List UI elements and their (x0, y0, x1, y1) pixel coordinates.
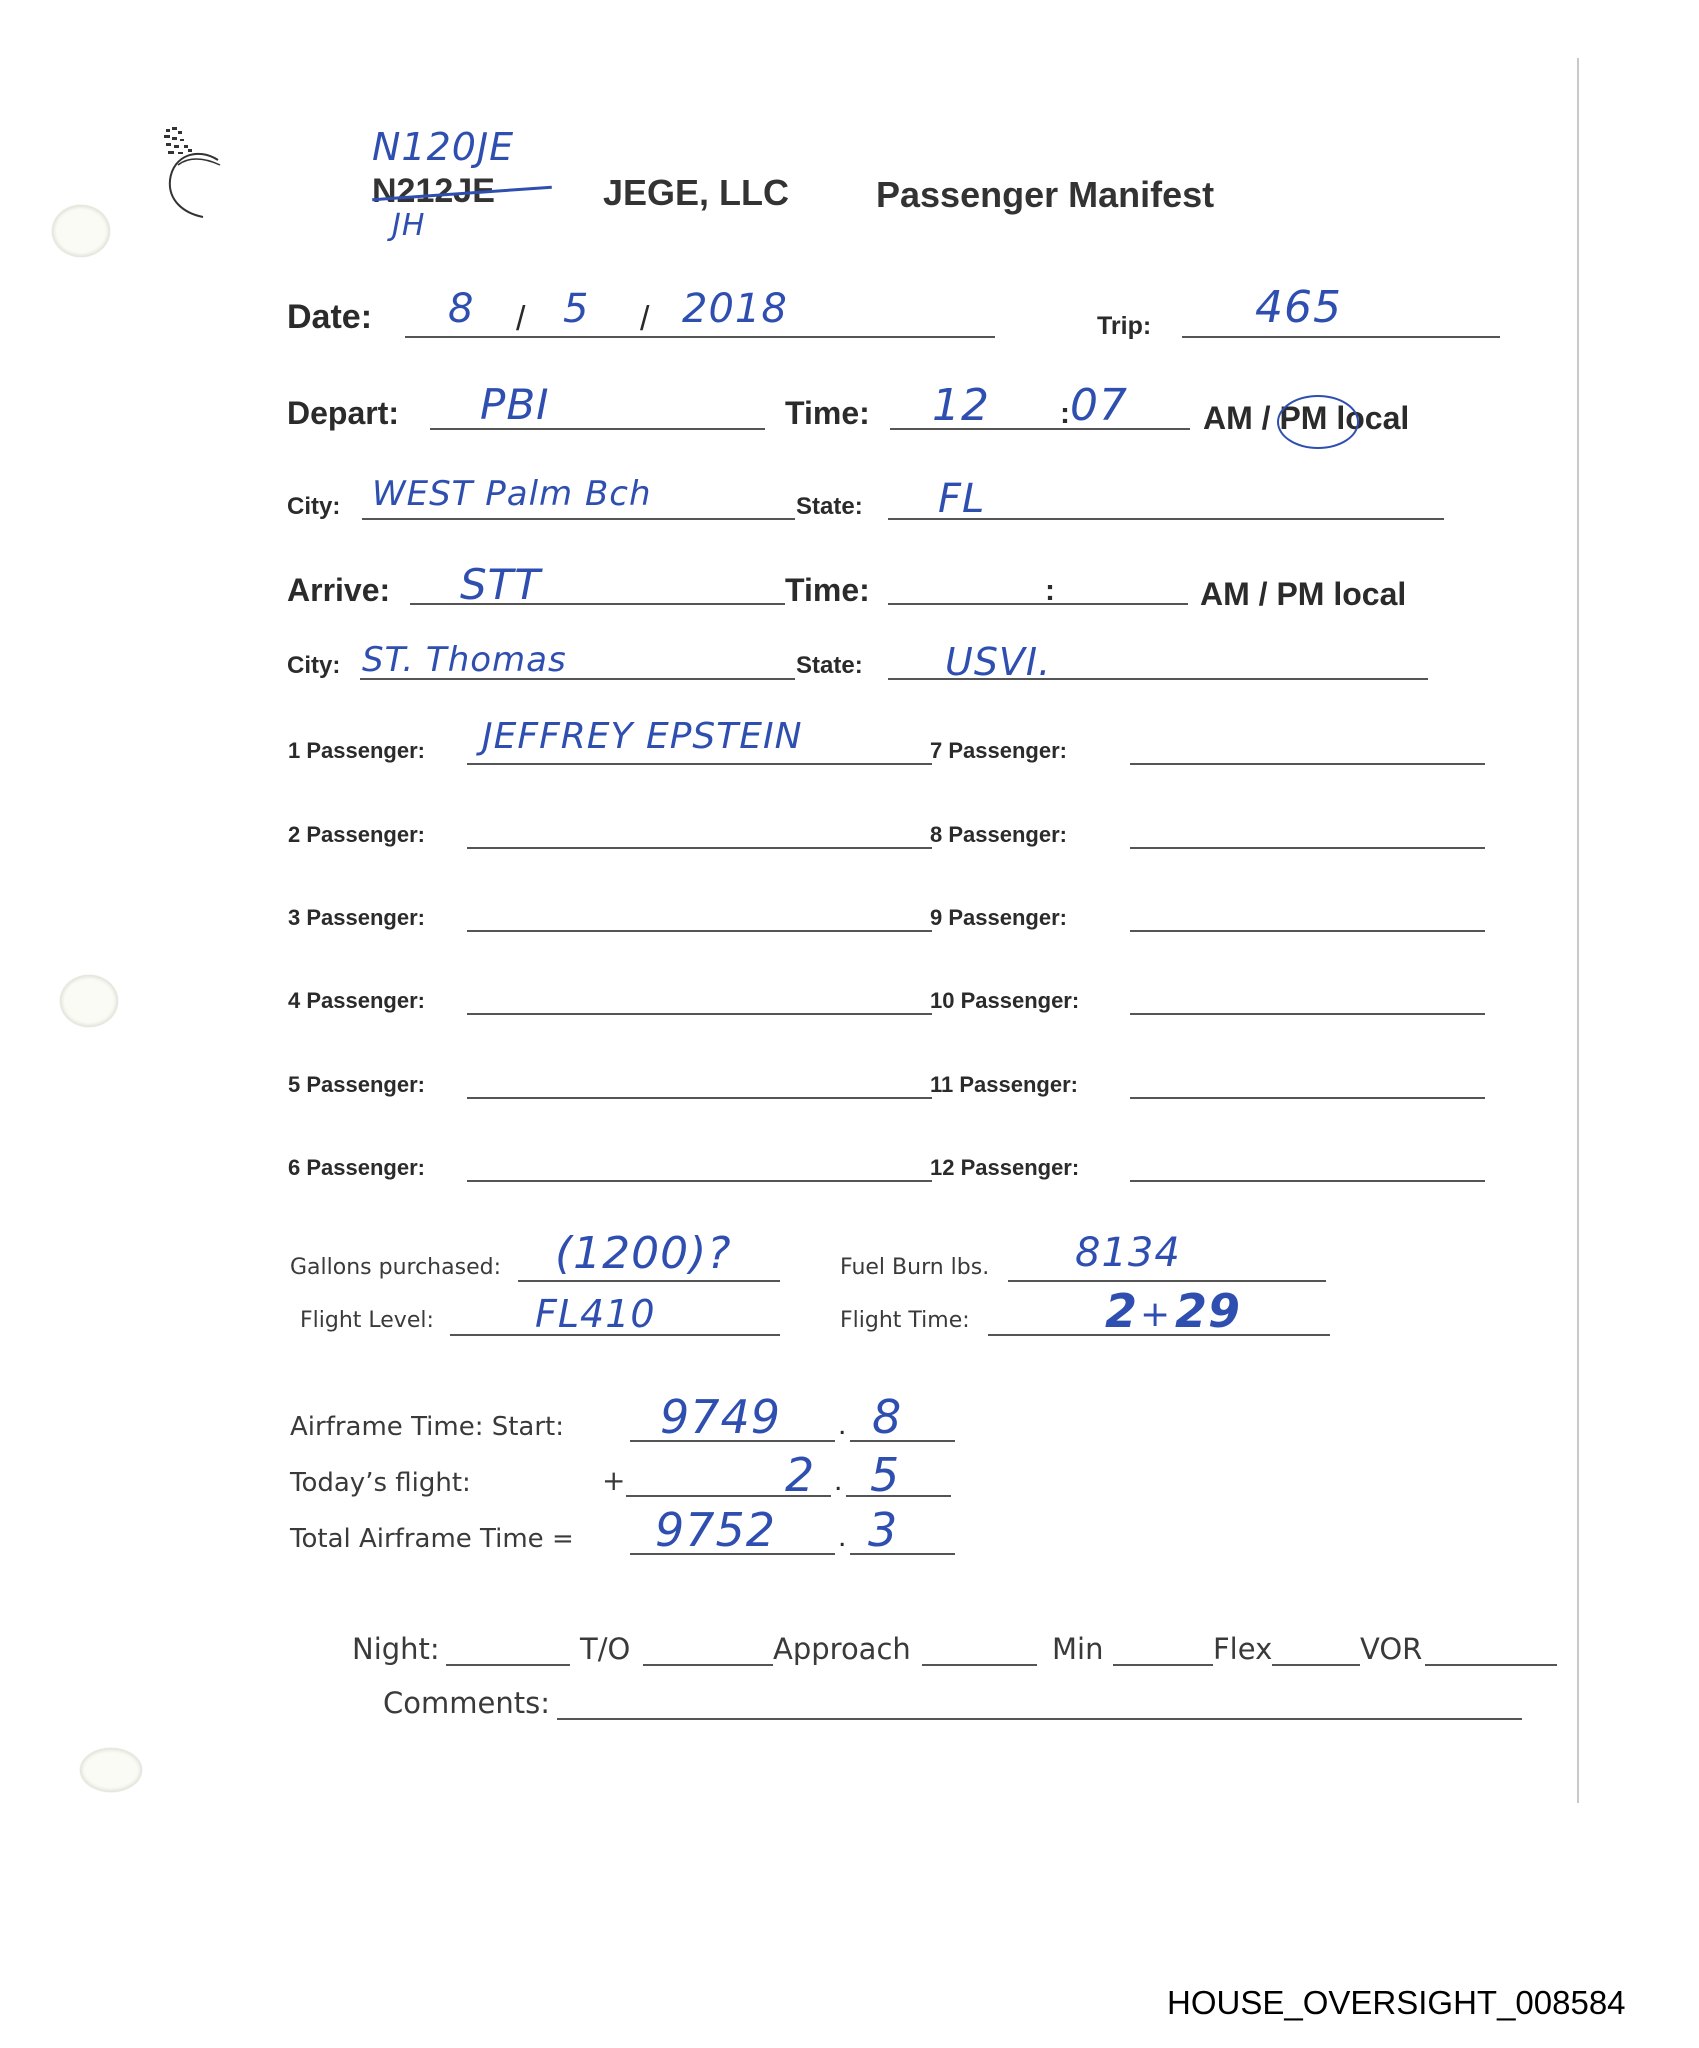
todays-flight-label: Today’s flight: (290, 1468, 471, 1498)
passenger-label: 6 Passenger: (288, 1155, 425, 1181)
depart-hour-value: 12 (932, 380, 990, 431)
airframe-start-whole-value: 9749 (660, 1390, 781, 1444)
passenger-label: 11 Passenger: (930, 1072, 1078, 1098)
depart-min-value: 07 (1070, 380, 1128, 431)
hole-punch-top (52, 205, 110, 257)
depart-city-line (362, 518, 795, 520)
arrive-state-value: USVI. (945, 640, 1051, 684)
comments-label: Comments: (383, 1686, 550, 1720)
passenger-label: 7 Passenger: (930, 738, 1067, 764)
date-month-value: 8 (448, 286, 474, 332)
passenger-line[interactable] (467, 847, 932, 849)
passenger-line[interactable] (1130, 847, 1485, 849)
arrive-ampm-label: AM / PM local (1200, 576, 1406, 613)
flight-level-value: FL410 (535, 1292, 656, 1336)
passenger-line[interactable] (467, 1013, 932, 1015)
passenger-label: 10 Passenger: (930, 988, 1079, 1014)
date-year-value: 2018 (682, 286, 788, 332)
depart-code-value: PBI (480, 380, 550, 429)
depart-state-value: FL (938, 476, 985, 522)
hole-punch-middle (60, 975, 118, 1027)
passenger-label: 12 Passenger: (930, 1155, 1079, 1181)
decimal-point: . (838, 1408, 846, 1442)
passenger-label: 8 Passenger: (930, 822, 1067, 848)
gallons-label: Gallons purchased: (290, 1255, 501, 1280)
depart-time-label: Time: (785, 395, 870, 432)
arrive-time-line (888, 603, 1188, 605)
todays-flight-dec-value: 5 (870, 1448, 900, 1502)
initials-handwritten: JH (392, 208, 425, 243)
passenger-label: 2 Passenger: (288, 822, 425, 848)
depart-state-label: State: (796, 493, 863, 521)
flight-time-separator: + (1140, 1294, 1171, 1335)
logo-mark-icon (158, 125, 228, 235)
passenger-line[interactable] (467, 1180, 932, 1182)
todays-flight-whole-value: 2 (785, 1448, 815, 1502)
date-line (405, 336, 995, 338)
passenger-label: 5 Passenger: (288, 1072, 425, 1098)
vor-label: VOR (1360, 1632, 1422, 1666)
passenger-line[interactable] (1130, 1013, 1485, 1015)
date-slash: / (640, 300, 649, 339)
time-colon: : (1060, 397, 1070, 431)
page-edge (1577, 58, 1579, 1803)
flight-time-minutes-value: 29 (1175, 1284, 1241, 1338)
passenger-line[interactable] (1130, 930, 1485, 932)
arrive-state-label: State: (796, 652, 863, 680)
total-dec-line (850, 1553, 955, 1555)
passenger-label: 3 Passenger: (288, 905, 425, 931)
gallons-value: (1200)? (555, 1228, 732, 1279)
depart-city-value: WEST Palm Bch (372, 474, 652, 514)
total-whole-value: 9752 (655, 1503, 776, 1557)
total-dec-value: 3 (868, 1503, 898, 1557)
passenger-line[interactable] (1130, 1180, 1485, 1182)
min-label: Min (1052, 1632, 1103, 1666)
to-label: T/O (580, 1632, 630, 1666)
airframe-start-label: Airframe Time: Start: (290, 1412, 564, 1442)
date-label: Date: (287, 298, 372, 337)
passenger-label: 9 Passenger: (930, 905, 1067, 931)
page-title: Passenger Manifest (876, 174, 1214, 216)
depart-city-label: City: (287, 493, 340, 521)
trip-value: 465 (1255, 282, 1342, 333)
gallons-line (518, 1280, 780, 1282)
passenger-label: 1 Passenger: (288, 738, 425, 764)
airframe-start-dec-line (850, 1440, 955, 1442)
passenger-name-value: JEFFREY EPSTEIN (482, 716, 803, 757)
date-slash: / (516, 300, 525, 339)
night-line (446, 1664, 570, 1666)
flight-time-hours-value: 2 (1105, 1284, 1138, 1338)
fuel-burn-line (1008, 1280, 1326, 1282)
arrive-city-value: ST. Thomas (362, 640, 567, 680)
passenger-line[interactable] (467, 763, 932, 765)
hole-punch-bottom (80, 1748, 142, 1792)
airframe-start-dec-value: 8 (872, 1390, 902, 1444)
bates-number: HOUSE_OVERSIGHT_008584 (1167, 1984, 1626, 2022)
fuel-burn-label: Fuel Burn lbs. (840, 1255, 989, 1280)
tail-number-handwritten: N120JE (372, 125, 514, 169)
comments-line[interactable] (557, 1718, 1522, 1720)
flex-label: Flex (1213, 1632, 1272, 1666)
arrive-time-label: Time: (785, 572, 870, 609)
min-line (1113, 1664, 1213, 1666)
fuel-burn-value: 8134 (1075, 1230, 1181, 1276)
approach-line (922, 1664, 1037, 1666)
date-day-value: 5 (563, 286, 589, 332)
total-airframe-label: Total Airframe Time = (290, 1524, 574, 1554)
arrive-label: Arrive: (287, 572, 390, 609)
trip-line (1182, 336, 1500, 338)
passenger-line[interactable] (467, 930, 932, 932)
plus-sign: + (602, 1464, 625, 1497)
approach-label: Approach (773, 1632, 911, 1666)
company-name: JEGE, LLC (603, 172, 789, 214)
pm-circled-mark (1277, 395, 1359, 449)
flight-level-label: Flight Level: (300, 1308, 434, 1333)
passenger-label: 4 Passenger: (288, 988, 425, 1014)
time-colon: : (1045, 574, 1055, 608)
flex-line (1272, 1664, 1360, 1666)
trip-label: Trip: (1097, 312, 1151, 341)
to-line (643, 1664, 773, 1666)
night-label: Night: (352, 1632, 440, 1666)
decimal-point: . (838, 1520, 846, 1554)
vor-line (1425, 1664, 1557, 1666)
passenger-line[interactable] (1130, 1097, 1485, 1099)
depart-label: Depart: (287, 395, 399, 432)
arrive-city-label: City: (287, 652, 340, 680)
passenger-line[interactable] (1130, 763, 1485, 765)
arrive-code-value: STT (460, 560, 541, 609)
passenger-line[interactable] (467, 1097, 932, 1099)
flight-time-label: Flight Time: (840, 1308, 970, 1333)
decimal-point: . (834, 1464, 842, 1498)
